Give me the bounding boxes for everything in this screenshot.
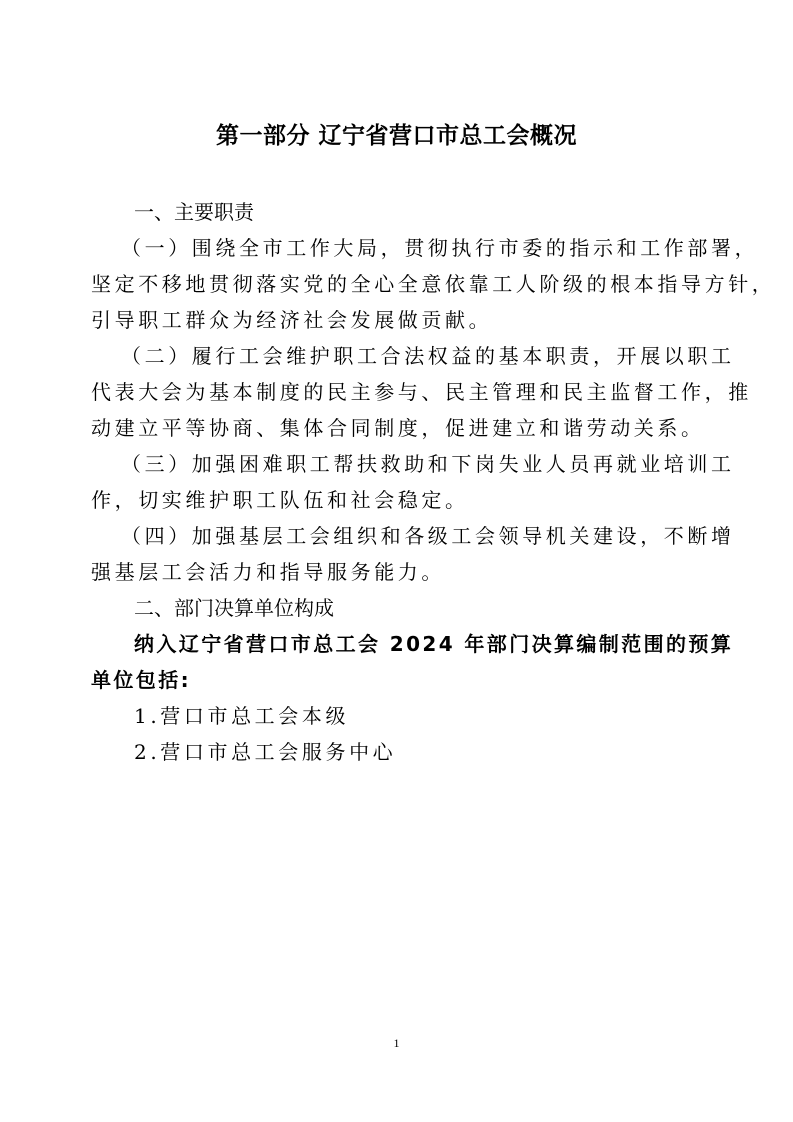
paragraph-line: 代表大会为基本制度的民主参与、民主管理和民主监督工作，推 xyxy=(91,378,752,406)
section-heading-unit-composition: 二、部门决算单位构成 xyxy=(134,594,334,622)
paragraph-line: 强基层工会活力和指导服务能力。 xyxy=(91,558,445,586)
paragraph-line: 动建立平等协商、集体合同制度，促进建立和谐劳动关系。 xyxy=(91,414,705,442)
paragraph-line: （四）加强基层工会组织和各级工会领导机关建设，不断增 xyxy=(121,522,735,550)
unit-intro-line: 单位包括: xyxy=(91,666,191,694)
unit-intro-line: 纳入辽宁省营口市总工会 2024 年部门决算编制范围的预算 xyxy=(134,630,733,658)
document-page: 第一部分 辽宁省营口市总工会概况 一、主要职责 （一）围绕全市工作大局，贯彻执行… xyxy=(0,0,793,1122)
paragraph-line: 坚定不移地贯彻落实党的全心全意依靠工人阶级的根本指导方针， xyxy=(91,270,775,298)
page-number: 1 xyxy=(0,1036,793,1051)
page-title: 第一部分 辽宁省营口市总工会概况 xyxy=(0,117,793,150)
paragraph-line: （二）履行工会维护职工合法权益的基本职责，开展以职工 xyxy=(121,342,735,370)
paragraph-line: （三）加强困难职工帮扶救助和下岗失业人员再就业培训工 xyxy=(121,450,735,478)
unit-list-item: 1.营口市总工会本级 xyxy=(134,702,349,730)
paragraph-line: （一）围绕全市工作大局，贯彻执行市委的指示和工作部署， xyxy=(121,234,758,262)
paragraph-line: 引导职工群众为经济社会发展做贡献。 xyxy=(91,306,492,334)
section-heading-main-duties: 一、主要职责 xyxy=(134,198,254,226)
paragraph-line: 作，切实维护职工队伍和社会稳定。 xyxy=(91,486,469,514)
unit-list-item: 2.营口市总工会服务中心 xyxy=(134,738,396,766)
